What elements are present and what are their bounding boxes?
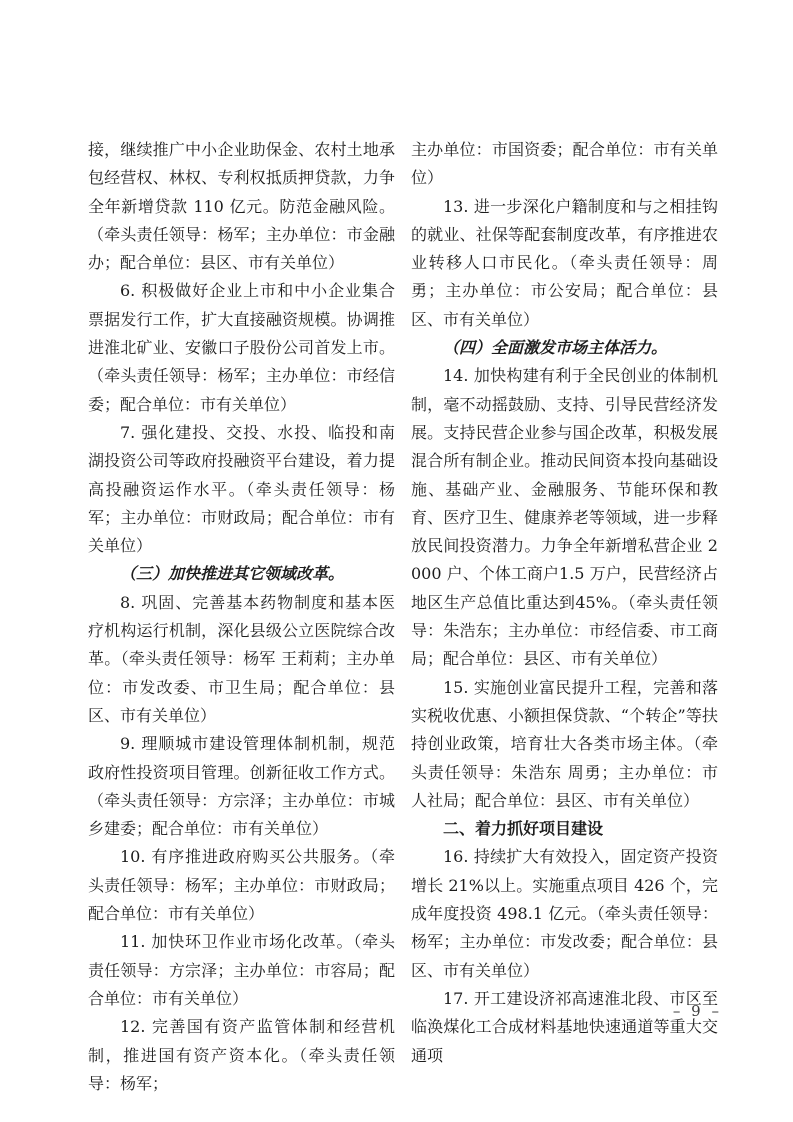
section-heading: （三）加快推进其它领域改革。: [88, 560, 395, 588]
paragraph: 7. 强化建投、交投、水投、临投和南湖投资公司等政府投融资平台建设，着力提高投融…: [88, 419, 395, 560]
paragraph: 主办单位：市国资委；配合单位：市有关单位）: [411, 136, 718, 193]
paragraph: 6. 积极做好企业上市和中小企业集合票据发行工作，扩大直接融资规模。协调推进淮北…: [88, 277, 395, 418]
paragraph: 14. 加快构建有利于全民创业的体制机制，毫不动摇鼓励、支持、引导民营经济发展。…: [411, 362, 718, 673]
paragraph: 10. 有序推进政府购买公共服务。（牵头责任领导：杨军；主办单位：市财政局；配合…: [88, 843, 395, 928]
page-number: – 9 –: [673, 1002, 722, 1020]
paragraph: 15. 实施创业富民提升工程，完善和落实税收优惠、小额担保贷款、“个转企”等扶持…: [411, 674, 718, 815]
document-page: 接，继续推广中小企业助保金、农村土地承包经营权、林权、专利权抵质押贷款，力争全年…: [0, 0, 793, 1122]
section-heading: 二、着力抓好项目建设: [411, 815, 718, 843]
paragraph: 12. 完善国有资产监管体制和经营机制，推进国有资产资本化。（牵头责任领导：杨军…: [88, 1013, 395, 1098]
section-heading: （四）全面激发市场主体活力。: [411, 334, 718, 362]
left-column: 接，继续推广中小企业助保金、农村土地承包经营权、林权、专利权抵质押贷款，力争全年…: [88, 136, 395, 1098]
paragraph: 8. 巩固、完善基本药物制度和基本医疗机构运行机制，深化县级公立医院综合改革。（…: [88, 589, 395, 730]
paragraph: 11. 加快环卫作业市场化改革。（牵头责任领导：方宗泽；主办单位：市容局；配合单…: [88, 928, 395, 1013]
paragraph: 13. 进一步深化户籍制度和与之相挂钩的就业、社保等配套制度改革，有序推进农业转…: [411, 193, 718, 334]
two-column-text-block: 接，继续推广中小企业助保金、农村土地承包经营权、林权、专利权抵质押贷款，力争全年…: [88, 136, 718, 1098]
right-column: 主办单位：市国资委；配合单位：市有关单位）13. 进一步深化户籍制度和与之相挂钩…: [411, 136, 718, 1098]
paragraph: 16. 持续扩大有效投入，固定资产投资增长 21%以上。实施重点项目 426 个…: [411, 843, 718, 984]
paragraph: 接，继续推广中小企业助保金、农村土地承包经营权、林权、专利权抵质押贷款，力争全年…: [88, 136, 395, 277]
paragraph: 17. 开工建设济祁高速淮北段、市区至临涣煤化工合成材料基地快速通道等重大交通项: [411, 985, 718, 1070]
paragraph: 9. 理顺城市建设管理体制机制，规范政府性投资项目管理。创新征收工作方式。（牵头…: [88, 730, 395, 843]
